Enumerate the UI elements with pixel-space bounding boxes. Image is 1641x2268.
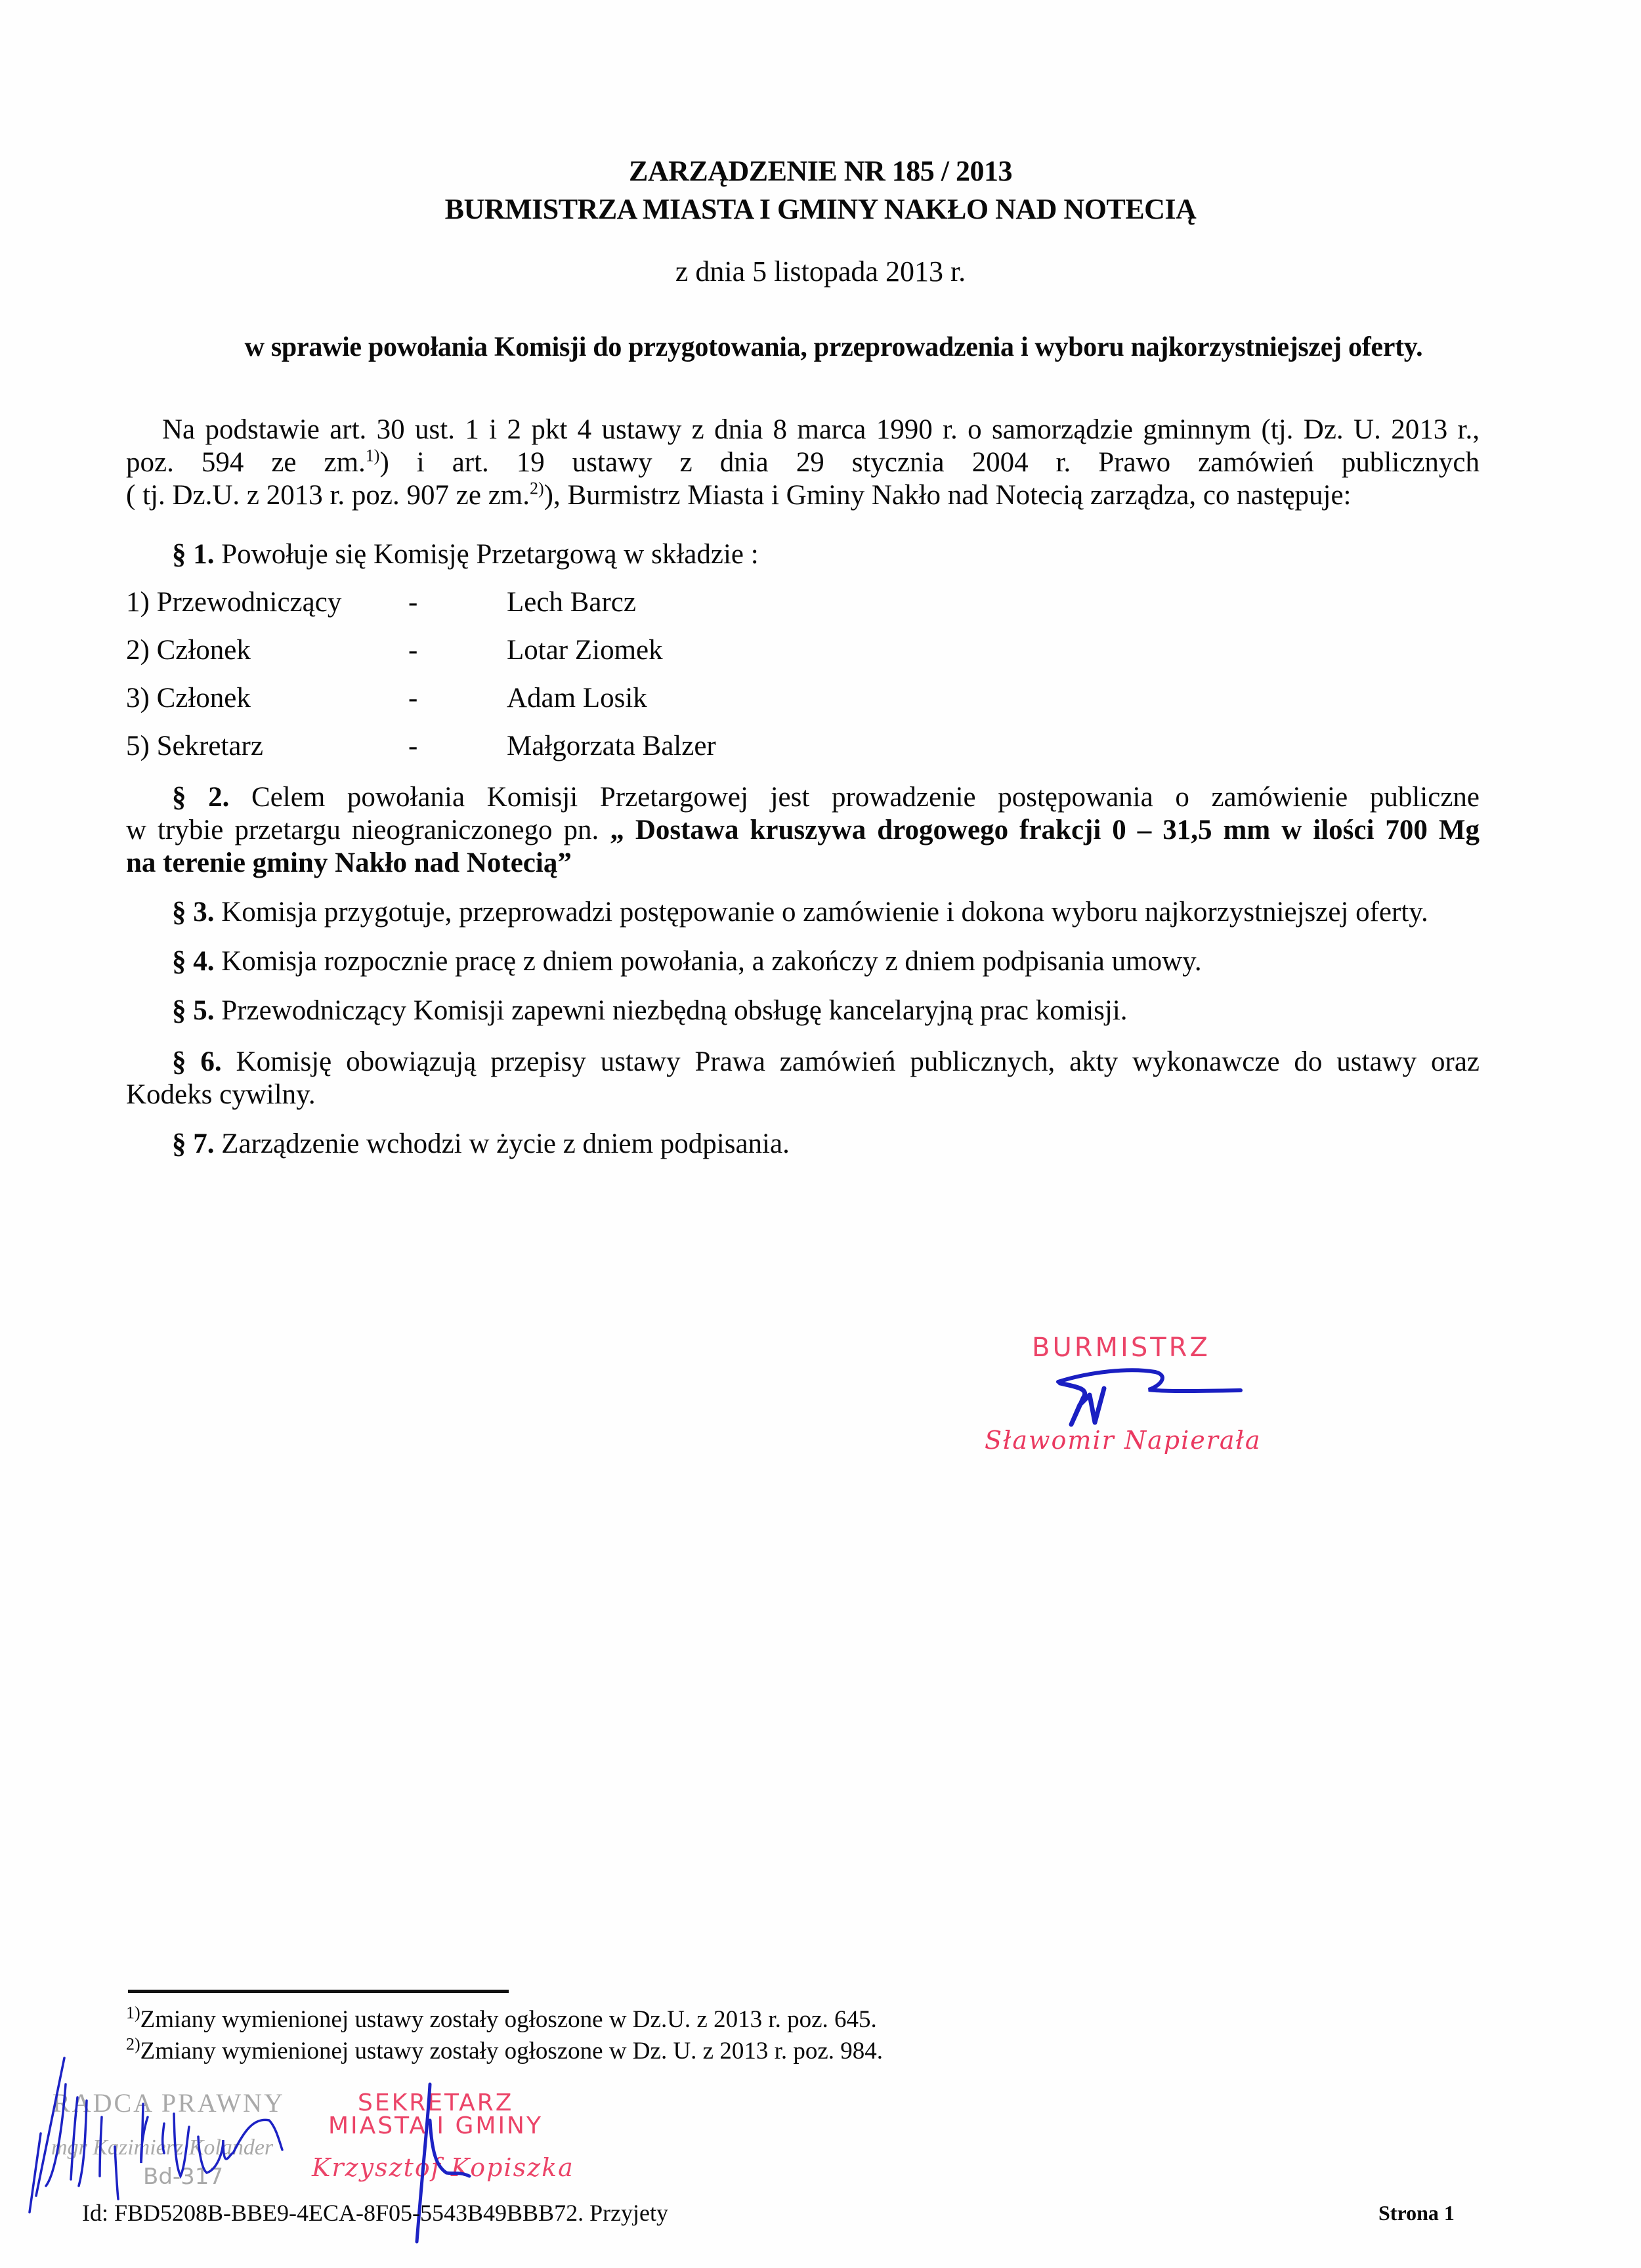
member-row: 2) Członek - Lotar Ziomek [126, 634, 914, 667]
section-2: § 2. Celem powołania Komisji Przetargowe… [126, 781, 1480, 880]
member-role: 2) Członek [126, 634, 251, 666]
preamble-line-2: poz. 594 ze zm.1)) i art. 19 ustawy z dn… [126, 446, 1480, 479]
ordinance-number: ZARZĄDZENIE NR 185 / 2013 [0, 152, 1641, 190]
section-1: § 1. Powołuje się Komisję Przetargową w … [172, 538, 759, 571]
preamble-text: ), Burmistrz Miasta i Gminy Nakło nad No… [544, 480, 1352, 511]
member-role: 1) Przewodniczący [126, 586, 341, 618]
section-3: § 3. Komisja przygotuje, przeprowadzi po… [172, 896, 1428, 929]
section-1-label: § 1. [172, 539, 215, 570]
member-row: 1) Przewodniczący - Lech Barcz [126, 586, 914, 619]
section-7-label: § 7. [172, 1128, 215, 1159]
section-1-text: Powołuje się Komisję Przetargową w skład… [215, 539, 759, 570]
footnote-mark: 2) [126, 2035, 140, 2054]
footnote-ref-1: 1) [366, 446, 380, 465]
member-dash: - [408, 730, 417, 762]
member-name: Lotar Ziomek [507, 634, 663, 666]
mayor-signature-icon [1050, 1369, 1267, 1434]
section-2-line-2: w trybie przetargu nieograniczonego pn. … [126, 814, 1480, 847]
member-dash: - [408, 682, 417, 714]
document-page: ZARZĄDZENIE NR 185 / 2013 BURMISTRZA MIA… [0, 0, 1641, 2268]
section-5: § 5. Przewodniczący Komisji zapewni niez… [172, 995, 1128, 1027]
footnote-divider [128, 1990, 509, 1993]
footnote-1: 1)Zmiany wymienionej ustawy zostały ogło… [126, 2005, 877, 2034]
section-6-line-2: Kodeks cywilny. [126, 1079, 1480, 1111]
section-3-text: Komisja przygotuje, przeprowadzi postępo… [215, 897, 1428, 928]
member-dash: - [408, 586, 417, 618]
footnote-mark: 1) [126, 2003, 140, 2022]
section-6-text: Komisję obowiązują przepisy ustawy Prawa… [222, 1046, 1480, 1077]
section-2-text: w trybie przetargu nieograniczonego pn. [126, 815, 610, 845]
page-number: Strona 1 [1378, 2201, 1455, 2225]
footnote-text: Zmiany wymienionej ustawy zostały ogłosz… [140, 2006, 877, 2033]
section-4: § 4. Komisja rozpocznie pracę z dniem po… [172, 945, 1202, 978]
mayor-stamp-title: BURMISTRZ [1032, 1333, 1210, 1363]
section-6: § 6. Komisję obowiązują przepisy ustawy … [126, 1046, 1480, 1111]
section-7: § 7. Zarządzenie wchodzi w życie z dniem… [172, 1128, 790, 1161]
section-2-label: § 2. [172, 782, 229, 813]
document-id: Id: FBD5208B-BBE9-4ECA-8F05-5543B49BBB72… [82, 2199, 668, 2227]
member-row: 3) Członek - Adam Losik [126, 682, 914, 715]
section-6-label: § 6. [172, 1046, 222, 1077]
preamble-text: poz. 594 ze zm. [126, 447, 366, 478]
section-7-text: Zarządzenie wchodzi w życie z dniem podp… [215, 1128, 790, 1159]
preamble: Na podstawie art. 30 ust. 1 i 2 pkt 4 us… [126, 414, 1480, 512]
ordinance-subject: w sprawie powołania Komisji do przygotow… [0, 332, 1641, 363]
ordinance-date: z dnia 5 listopada 2013 r. [0, 255, 1641, 288]
member-name: Lech Barcz [507, 586, 636, 618]
section-5-text: Przewodniczący Komisji zapewni niezbędną… [215, 995, 1128, 1026]
footnote-ref-2: 2) [530, 479, 544, 498]
preamble-text: ( tj. Dz.U. z 2013 r. poz. 907 ze zm. [126, 480, 530, 511]
section-4-label: § 4. [172, 946, 215, 977]
legal-counsel-signature-icon [26, 2055, 289, 2219]
member-role: 3) Członek [126, 682, 251, 714]
member-name: Małgorzata Balzer [507, 730, 716, 762]
section-3-label: § 3. [172, 897, 215, 928]
preamble-line-1: Na podstawie art. 30 ust. 1 i 2 pkt 4 us… [126, 414, 1480, 446]
preamble-line-3: ( tj. Dz.U. z 2013 r. poz. 907 ze zm.2))… [126, 479, 1480, 512]
mayor-stamp-name: Sławomir Napierała [985, 1426, 1262, 1455]
preamble-text: ) i art. 19 ustawy z dnia 29 stycznia 20… [379, 447, 1480, 478]
section-6-line-1: § 6. Komisję obowiązują przepisy ustawy … [126, 1046, 1480, 1079]
section-2-line-1: § 2. Celem powołania Komisji Przetargowe… [126, 781, 1480, 814]
section-4-text: Komisja rozpocznie pracę z dniem powołan… [215, 946, 1202, 977]
tender-title-continued: na terenie gminy Nakło nad Notecią” [126, 847, 1480, 880]
section-2-text: Celem powołania Komisji Przetargowej jes… [229, 782, 1480, 813]
issuing-authority: BURMISTRZA MIASTA I GMINY NAKŁO NAD NOTE… [0, 190, 1641, 228]
member-row: 5) Sekretarz - Małgorzata Balzer [126, 730, 914, 763]
tender-title: „ Dostawa kruszywa drogowego frakcji 0 –… [610, 815, 1480, 845]
member-name: Adam Losik [507, 682, 647, 714]
member-dash: - [408, 634, 417, 666]
member-role: 5) Sekretarz [126, 730, 263, 762]
section-5-label: § 5. [172, 995, 215, 1026]
